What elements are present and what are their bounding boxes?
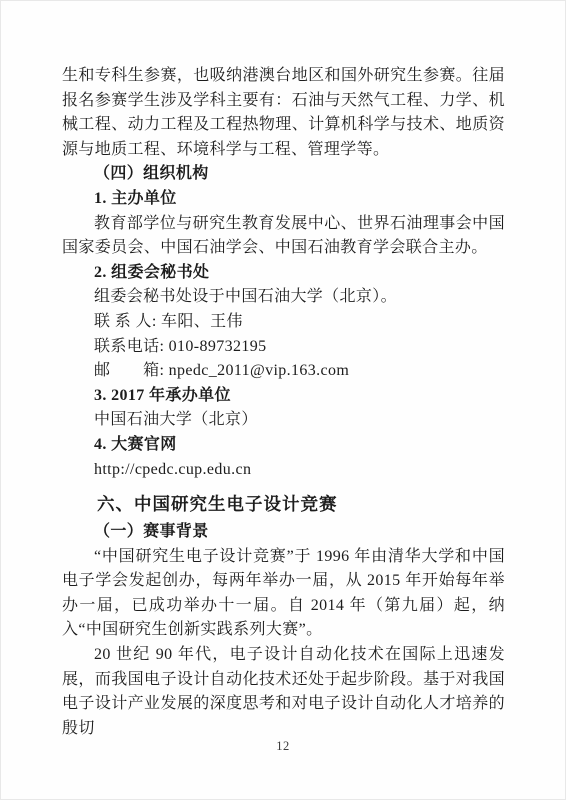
document-page: 生和专科生参赛，也吸纳港澳台地区和国外研究生参赛。往届报名参赛学生涉及学科主要有… <box>0 0 566 800</box>
chapter-heading-edc-competition: 六、中国研究生电子设计竞赛 <box>62 491 505 517</box>
paragraph-participants: 生和专科生参赛，也吸纳港澳台地区和国外研究生参赛。往届报名参赛学生涉及学科主要有… <box>62 64 505 162</box>
paragraph-background-history: “中国研究生电子设计竞赛”于 1996 年由清华大学和中国电子学会发起创办，每两… <box>62 545 505 643</box>
paragraph-host-unit: 教育部学位与研究生教育发展中心、世界石油理事会中国国家委员会、中国石油学会、中国… <box>62 212 505 261</box>
heading-host-unit: 1. 主办单位 <box>62 187 505 212</box>
page-number: 12 <box>1 739 565 754</box>
organizer-name-line: 中国石油大学（北京） <box>62 408 505 433</box>
paragraph-background-eda: 20 世纪 90 年代，电子设计自动化技术在国际上迅速发展，而我国电子设计自动化… <box>62 643 505 741</box>
official-website-url: http://cpedc.cup.edu.cn <box>62 458 505 483</box>
contact-phone-line: 联系电话: 010-89732195 <box>62 335 505 360</box>
contact-person-line: 联 系 人: 车阳、王伟 <box>62 310 505 335</box>
heading-secretariat: 2. 组委会秘书处 <box>62 261 505 286</box>
contact-email-line: 邮 箱: npedc_2011@vip.163.com <box>62 359 505 384</box>
heading-official-website: 4. 大赛官网 <box>62 433 505 458</box>
heading-organization: （四）组织机构 <box>62 162 505 187</box>
heading-2017-organizer: 3. 2017 年承办单位 <box>62 384 505 409</box>
paragraph-secretariat: 组委会秘书处设于中国石油大学（北京）。 <box>62 285 505 310</box>
heading-competition-background: （一）赛事背景 <box>62 520 505 545</box>
page-body: 生和专科生参赛，也吸纳港澳台地区和国外研究生参赛。往届报名参赛学生涉及学科主要有… <box>62 64 505 741</box>
